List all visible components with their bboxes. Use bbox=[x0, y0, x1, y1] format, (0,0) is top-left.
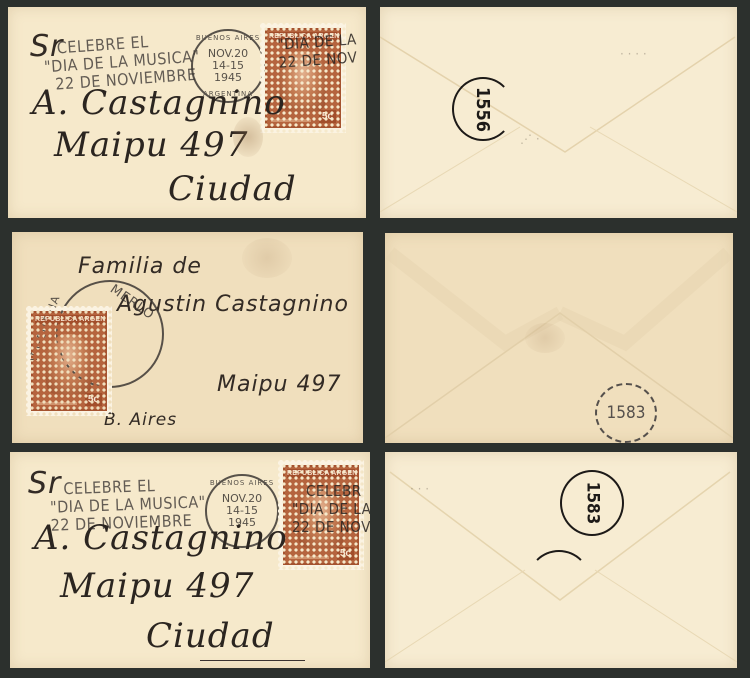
portrait-image bbox=[46, 334, 92, 394]
street: Maipu 497 bbox=[60, 566, 254, 606]
addressee: A. Castagnino bbox=[34, 518, 288, 558]
backstamp-partial bbox=[527, 550, 591, 614]
city: Ciudad bbox=[146, 616, 275, 656]
cover-1-front: Sr CELEBRE EL "DIA DE LA MUSICA" 22 DE N… bbox=[8, 7, 366, 218]
cover-3-back: 1583 · · · bbox=[385, 452, 737, 668]
stamp-overprint-cancel: "DIA DE LA 22 DE NOV bbox=[277, 30, 359, 71]
cover-2-front: Familia de Agustin Castagnino Maipu 497 … bbox=[12, 232, 363, 443]
stamp-5c: REPUBLICA ARGENTINA 5c bbox=[26, 306, 112, 416]
street: Maipu 497 bbox=[217, 372, 341, 397]
cover-1-back: 1556 · · · · ⋰ · bbox=[380, 7, 737, 218]
cover-2-back: 1583 bbox=[385, 233, 733, 443]
city: B. Aires bbox=[104, 410, 177, 430]
backstamp-1583-top: 1583 bbox=[560, 470, 624, 536]
backstamp-1556: 1556 bbox=[452, 77, 514, 141]
stamp-overprint-cancel: CELEBR "DIA DE LA M 22 DE NOV bbox=[292, 482, 370, 536]
city-underline bbox=[200, 660, 305, 661]
backstamp-1583: 1583 bbox=[595, 383, 657, 443]
cover-3-front: Sr CELEBRE EL "DIA DE LA MUSICA" 22 DE N… bbox=[10, 452, 370, 668]
city: Ciudad bbox=[168, 169, 297, 209]
street: Maipu 497 bbox=[54, 125, 248, 165]
